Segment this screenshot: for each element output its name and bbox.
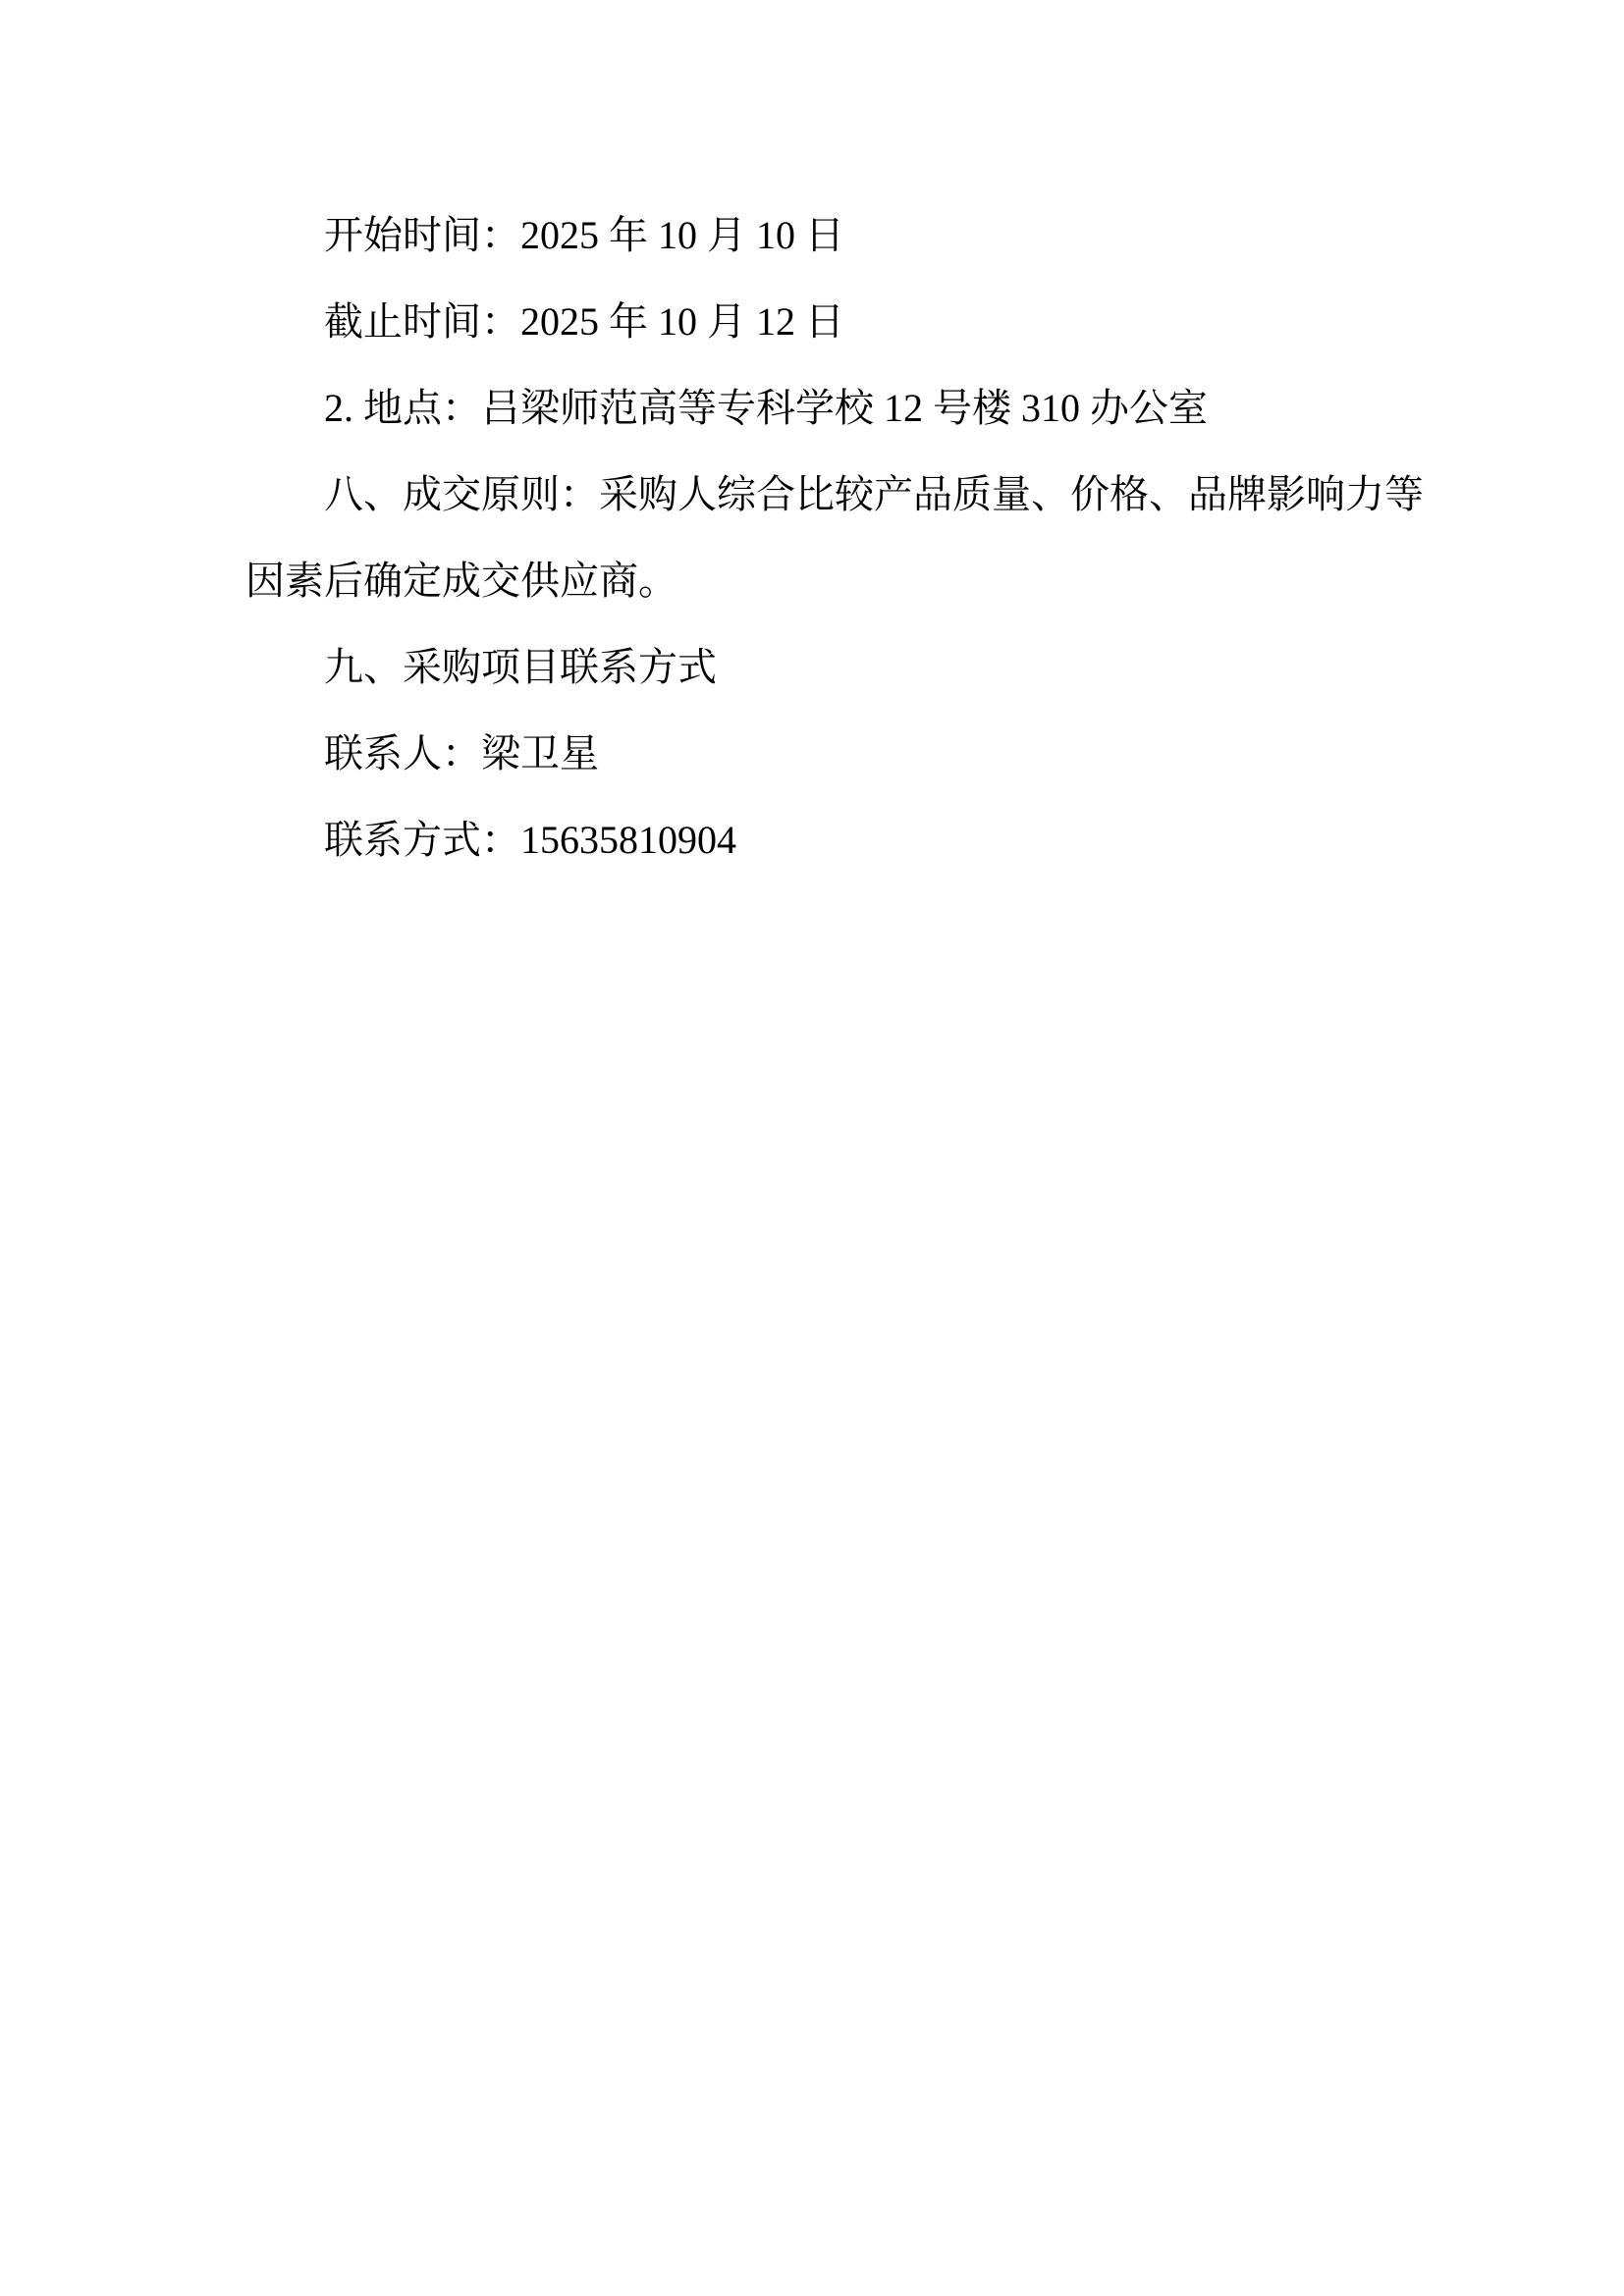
text-line-deadline: 截止时间：2025 年 10 月 12 日 [245, 279, 1379, 365]
text-line-contact-phone: 联系方式：15635810904 [245, 797, 1379, 883]
text-line-contact-heading: 九、采购项目联系方式 [245, 624, 1379, 711]
text-line-contact-person: 联系人：梁卫星 [245, 711, 1379, 797]
document-page: 开始时间：2025 年 10 月 10 日 截止时间：2025 年 10 月 1… [0, 0, 1624, 2296]
document-body: 开始时间：2025 年 10 月 10 日 截止时间：2025 年 10 月 1… [245, 192, 1379, 883]
text-line-start-time: 开始时间：2025 年 10 月 10 日 [245, 192, 1379, 279]
text-line-award-rule: 八、成交原则：采购人综合比较产品质量、价格、品牌影响力等 [245, 452, 1379, 538]
text-line-location: 2. 地点：吕梁师范高等专科学校 12 号楼 310 办公室 [245, 365, 1379, 452]
text-line-award-rule-wrap: 因素后确定成交供应商。 [245, 538, 1379, 624]
